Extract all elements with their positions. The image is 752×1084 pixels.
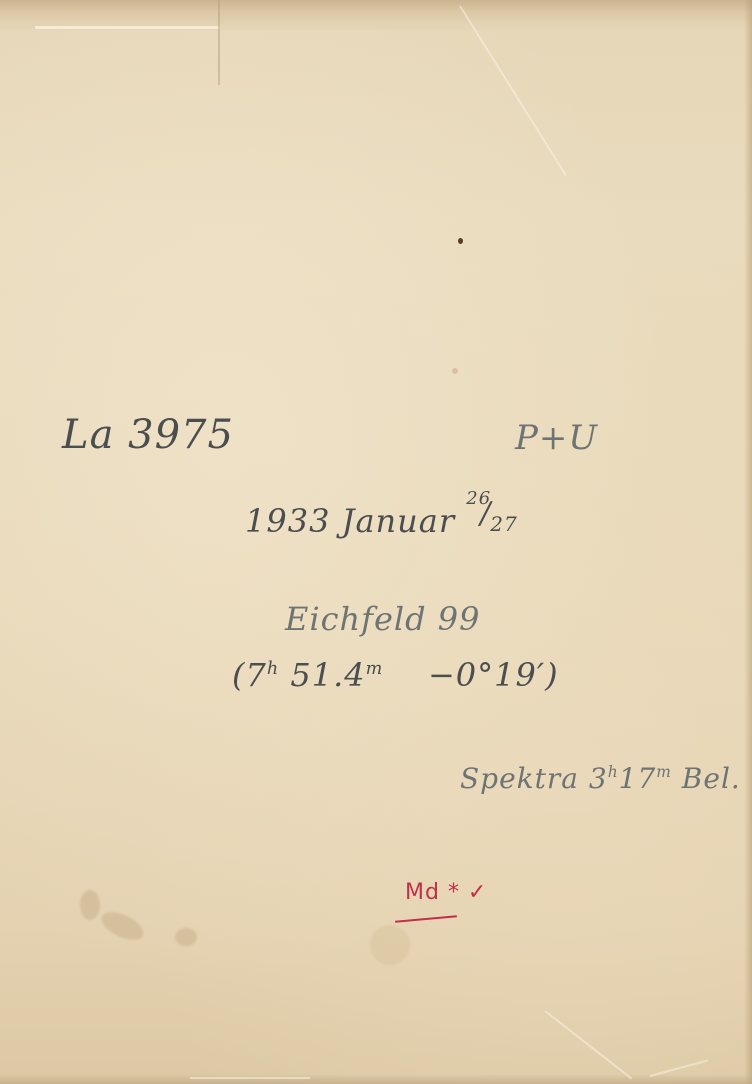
spectra-m-unit: m <box>656 763 672 781</box>
ra-m-unit: m <box>366 659 384 679</box>
plate-code: P+U <box>515 418 598 458</box>
stain <box>370 925 410 965</box>
spectra-h-unit: h <box>608 763 619 781</box>
paper-sheet: La 3975 P+U 1933 Januar 26 / 27 Eichfeld… <box>0 0 752 1084</box>
bottom-edge-shadow <box>0 1074 752 1084</box>
day-denominator: 27 <box>490 512 517 536</box>
coordinates: (7h 51.4m −0°19′) <box>232 656 559 694</box>
paren-close: ) <box>545 656 558 694</box>
spectra-minutes: 17 <box>619 762 657 795</box>
date-month: Januar <box>342 502 456 540</box>
crease-top-right <box>459 5 567 176</box>
fold-highlight <box>35 26 220 29</box>
spectra-hours: 3 <box>589 762 608 795</box>
red-check-mark: Md * ✓ <box>405 880 487 905</box>
date-line: 1933 Januar 26 / 27 <box>245 500 516 540</box>
spectra-label: Spektra <box>460 762 579 795</box>
date-day-fraction: 26 / 27 <box>466 500 516 540</box>
red-underline <box>395 915 457 922</box>
field-name: Eichfeld 99 <box>285 600 481 638</box>
stain <box>97 907 147 946</box>
ra-hours: 7 <box>245 656 266 694</box>
spectra-suffix: Bel. <box>682 762 741 795</box>
ink-dot <box>458 238 463 244</box>
declination: −0°19′ <box>428 656 545 694</box>
paren-open: ( <box>232 656 245 694</box>
pink-dot <box>452 368 458 374</box>
right-edge-shadow <box>744 0 752 1084</box>
crease-bottom-right <box>544 1010 632 1079</box>
ra-minutes: 51.4 <box>290 656 365 694</box>
ra-h-unit: h <box>267 659 279 679</box>
vertical-crease <box>218 0 220 85</box>
stain <box>175 928 197 946</box>
date-year: 1933 <box>245 502 330 540</box>
stain <box>80 890 100 920</box>
crease-bottom <box>190 1077 310 1079</box>
spectra-note: Spektra 3h17m Bel. <box>460 762 741 795</box>
catalog-id: La 3975 <box>62 412 234 458</box>
